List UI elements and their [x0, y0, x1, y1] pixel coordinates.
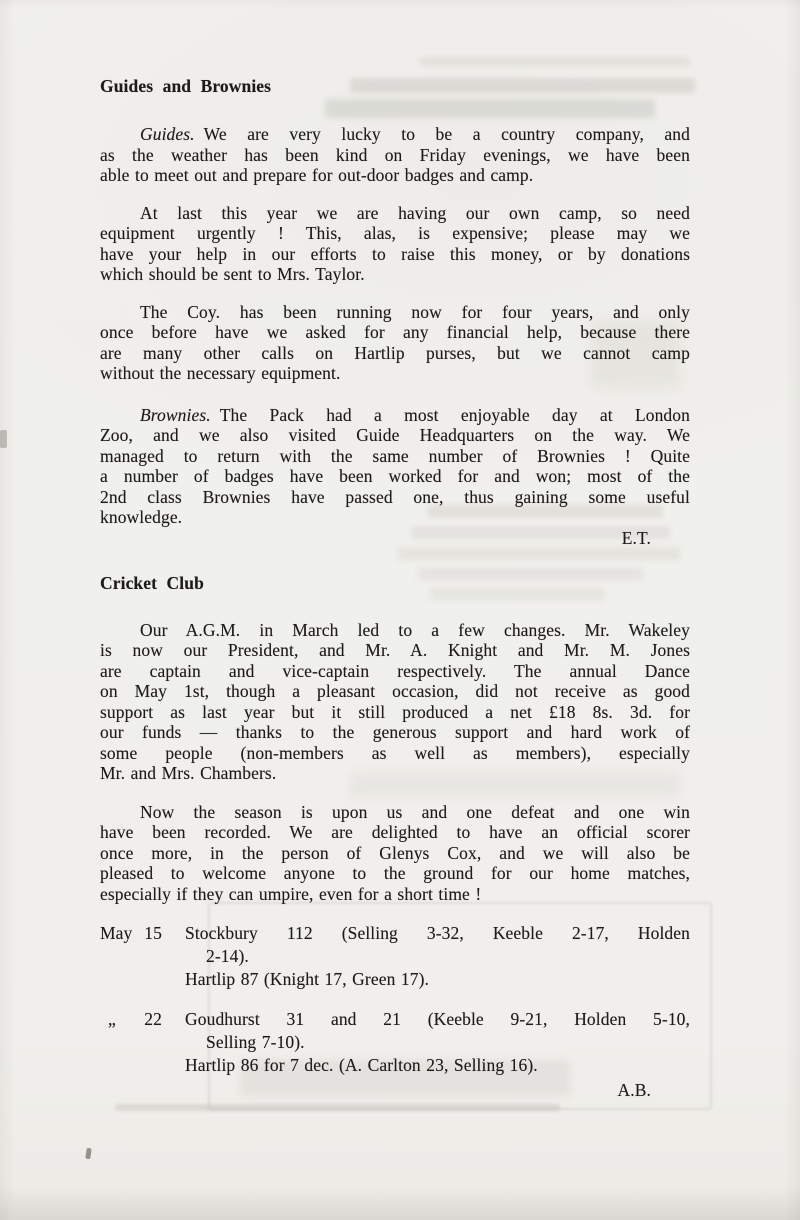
text-line: able to meet out and prepare for out-doo…	[100, 165, 690, 186]
text-line: At last this year we are having our own …	[100, 203, 690, 224]
magazine-page: Guides and Brownies Guides.We are very l…	[0, 0, 800, 1220]
match-opponent-line: Goudhurst 31 and 21 (Keeble 9-21, Holden…	[185, 1008, 690, 1031]
text-line: Now the season is upon us and one defeat…	[100, 802, 690, 823]
guides-para-1: Guides.We are very lucky to be a country…	[100, 124, 690, 186]
guides-signature: E.T.	[100, 528, 690, 548]
match-continuation-line: Selling 7-10).	[185, 1031, 690, 1054]
text-line: are many other calls on Hartlip purses, …	[100, 343, 690, 364]
text-line: are captain and vice-captain respectivel…	[100, 661, 690, 682]
brownies-para: Brownies.The Pack had a most enjoyable d…	[100, 405, 690, 528]
ghost-smudge	[115, 1104, 560, 1111]
text-line: knowledge.	[100, 507, 690, 528]
text-line: The Coy. has been running now for four y…	[100, 302, 690, 323]
cricket-para-1: Our A.G.M. in March led to a few changes…	[100, 620, 690, 784]
match-results-list: May 15 Stockbury 112 (Selling 3-32, Keeb…	[100, 922, 690, 1077]
match-hartlip-line: Hartlip 87 (Knight 17, Green 17).	[185, 968, 690, 991]
ink-speck	[85, 1148, 91, 1160]
text-line: Brownies.The Pack had a most enjoyable d…	[100, 405, 690, 426]
text-line: which should be sent to Mrs. Taylor.	[100, 264, 690, 285]
cricket-signature: A.B.	[100, 1079, 690, 1102]
text-line: Our A.G.M. in March led to a few changes…	[100, 620, 690, 641]
text-line: once more, in the person of Glenys Cox, …	[100, 843, 690, 864]
text-line: managed to return with the same number o…	[100, 446, 690, 467]
match-continuation-line: 2-14).	[185, 945, 690, 968]
match-hartlip-line: Hartlip 86 for 7 dec. (A. Carlton 23, Se…	[185, 1054, 690, 1077]
text-line: pleased to welcome anyone to the ground …	[100, 863, 690, 884]
guides-para-3: The Coy. has been running now for four y…	[100, 302, 690, 384]
match-opponent-line: Stockbury 112 (Selling 3-32, Keeble 2-17…	[185, 922, 690, 945]
guides-brownies-heading: Guides and Brownies	[100, 76, 690, 96]
text-line: as the weather has been kind on Friday e…	[100, 145, 690, 166]
text-line: Guides.We are very lucky to be a country…	[100, 124, 690, 145]
guides-para-2: At last this year we are having our own …	[100, 203, 690, 285]
ditto-mark: „	[100, 1008, 116, 1077]
text-line: equipment urgently ! This, alas, is expe…	[100, 223, 690, 244]
guides-lead-word: Guides.	[140, 124, 195, 144]
text-line: without the necessary equipment.	[100, 363, 690, 384]
match-body: Stockbury 112 (Selling 3-32, Keeble 2-17…	[185, 922, 690, 991]
match-date: „ 22	[100, 1008, 162, 1077]
match-body: Goudhurst 31 and 21 (Keeble 9-21, Holden…	[185, 1008, 690, 1077]
text-line: our funds — thanks to the generous suppo…	[100, 722, 690, 743]
text-line: a number of badges have been worked for …	[100, 466, 690, 487]
text-line: 2nd class Brownies have passed one, thus…	[100, 487, 690, 508]
text-line: have been recorded. We are delighted to …	[100, 822, 690, 843]
brownies-lead-word: Brownies.	[140, 405, 211, 425]
text-line: support as last year but it still produc…	[100, 702, 690, 723]
page-edge-shading-left	[0, 0, 16, 1220]
page-edge-shading-right	[784, 0, 800, 1220]
cricket-para-2: Now the season is upon us and one defeat…	[100, 802, 690, 905]
text-line: some people (non-members as well as memb…	[100, 743, 690, 764]
cricket-club-heading: Cricket Club	[100, 573, 690, 593]
page-edge-shading-bottom	[0, 1186, 800, 1220]
text-line: once before have we asked for any financ…	[100, 322, 690, 343]
text-column: Guides and Brownies Guides.We are very l…	[100, 0, 690, 1102]
match-date: May 15	[100, 922, 162, 991]
text-line: Zoo, and we also visited Guide Headquart…	[100, 425, 690, 446]
text-line: have your help in our efforts to raise t…	[100, 244, 690, 265]
text-line: especially if they can umpire, even for …	[100, 884, 690, 905]
ink-speck	[0, 430, 7, 448]
text-line: on May 1st, though a pleasant occasion, …	[100, 681, 690, 702]
text-line: Mr. and Mrs. Chambers.	[100, 763, 690, 784]
match-row-may-15: May 15 Stockbury 112 (Selling 3-32, Keeb…	[100, 922, 690, 991]
text-line: is now our President, and Mr. A. Knight …	[100, 640, 690, 661]
match-row-may-22: „ 22 Goudhurst 31 and 21 (Keeble 9-21, H…	[100, 1008, 690, 1077]
